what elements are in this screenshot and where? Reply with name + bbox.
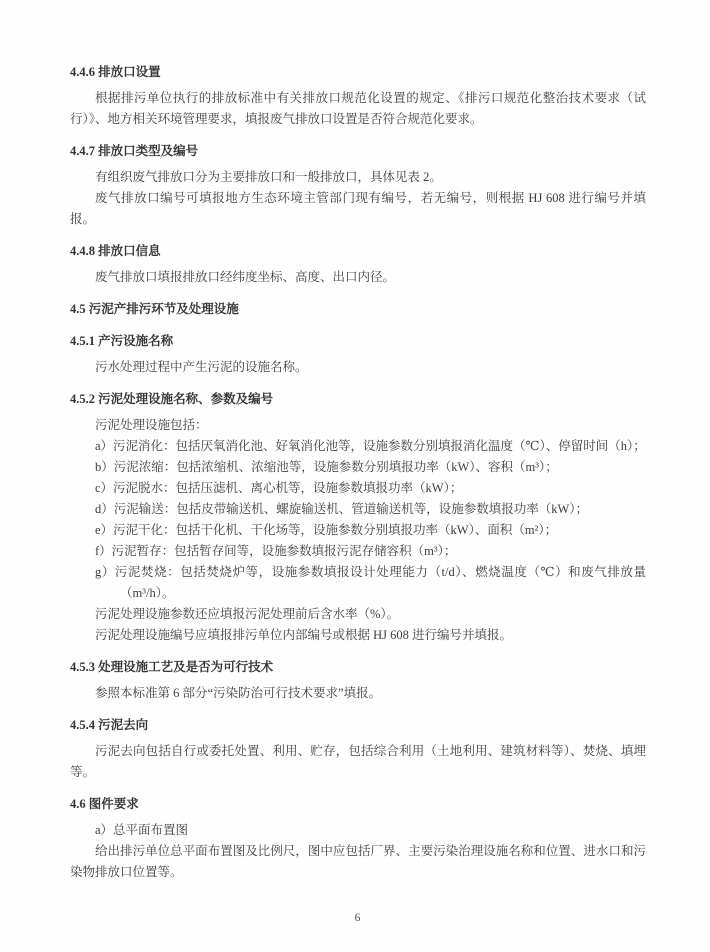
paragraph-4-5-4: 污泥去向包括自行或委托处置、利用、贮存，包括综合利用（土地利用、建筑材料等）、焚… <box>70 741 646 783</box>
paragraph-4-5-2-note1: 污泥处理设施参数还应填报污泥处理前后含水率（%）。 <box>70 604 646 625</box>
paragraph-4-5-2-note2: 污泥处理设施编号应填报排污单位内部编号或根据 HJ 608 进行编号并填报。 <box>70 625 646 646</box>
list-item-g: g）污泥焚烧：包括焚烧炉等，设施参数填报设计处理能力（t/d）、燃烧温度（℃）和… <box>70 562 646 604</box>
paragraph-4-4-6: 根据排污单位执行的排放标准中有关排放口规范化设置的规定、《排污口规范化整治技术要… <box>70 88 646 130</box>
paragraph-4-4-8: 废气排放口填报排放口经纬度坐标、高度、出口内径。 <box>70 267 646 288</box>
paragraph-4-5-2-intro: 污泥处理设施包括： <box>70 415 646 436</box>
paragraph-4-4-7-1: 有组织废气排放口分为主要排放口和一般排放口，具体见表 2。 <box>70 167 646 188</box>
list-item-b: b）污泥浓缩：包括浓缩机、浓缩池等，设施参数分别填报功率（kW）、容积（m³）； <box>70 457 646 478</box>
list-item-a: a）污泥消化：包括厌氧消化池、好氧消化池等，设施参数分别填报消化温度（℃）、停留… <box>70 436 646 457</box>
section-heading-4-5: 4.5 污泥产排污环节及处理设施 <box>70 299 646 320</box>
list-item-d: d）污泥输送：包括皮带输送机、螺旋输送机、管道输送机等，设施参数填报功率（kW）… <box>70 499 646 520</box>
section-heading-4-5-4: 4.5.4 污泥去向 <box>70 715 646 736</box>
section-heading-4-4-7: 4.4.7 排放口类型及编号 <box>70 141 646 162</box>
figure-item-a: a）总平面布置图 <box>70 820 646 841</box>
document-page: 4.4.6 排放口设置 根据排污单位执行的排放标准中有关排放口规范化设置的规定、… <box>0 0 710 952</box>
paragraph-4-5-3: 参照本标准第 6 部分“污染防治可行技术要求”填报。 <box>70 683 646 704</box>
paragraph-4-5-1: 污水处理过程中产生污泥的设施名称。 <box>70 357 646 378</box>
list-item-f: f）污泥暂存：包括暂存间等，设施参数填报污泥存储容积（m³）； <box>70 541 646 562</box>
paragraph-4-6: 给出排污单位总平面布置图及比例尺，图中应包括厂界、主要污染治理设施名称和位置、进… <box>70 841 646 883</box>
list-item-c: c）污泥脱水：包括压滤机、离心机等，设施参数填报功率（kW）； <box>70 478 646 499</box>
section-heading-4-4-6: 4.4.6 排放口设置 <box>70 62 646 83</box>
section-heading-4-4-8: 4.4.8 排放口信息 <box>70 241 646 262</box>
section-heading-4-5-2: 4.5.2 污泥处理设施名称、参数及编号 <box>70 389 646 410</box>
section-heading-4-5-1: 4.5.1 产污设施名称 <box>70 331 646 352</box>
list-item-e: e）污泥干化：包括干化机、干化场等，设施参数分别填报功率（kW）、面积（m²）； <box>70 520 646 541</box>
section-heading-4-5-3: 4.5.3 处理设施工艺及是否为可行技术 <box>70 657 646 678</box>
section-heading-4-6: 4.6 图件要求 <box>70 794 646 815</box>
page-number: 6 <box>70 907 646 928</box>
paragraph-4-4-7-2: 废气排放口编号可填报地方生态环境主管部门现有编号，若无编号，则根据 HJ 608… <box>70 188 646 230</box>
